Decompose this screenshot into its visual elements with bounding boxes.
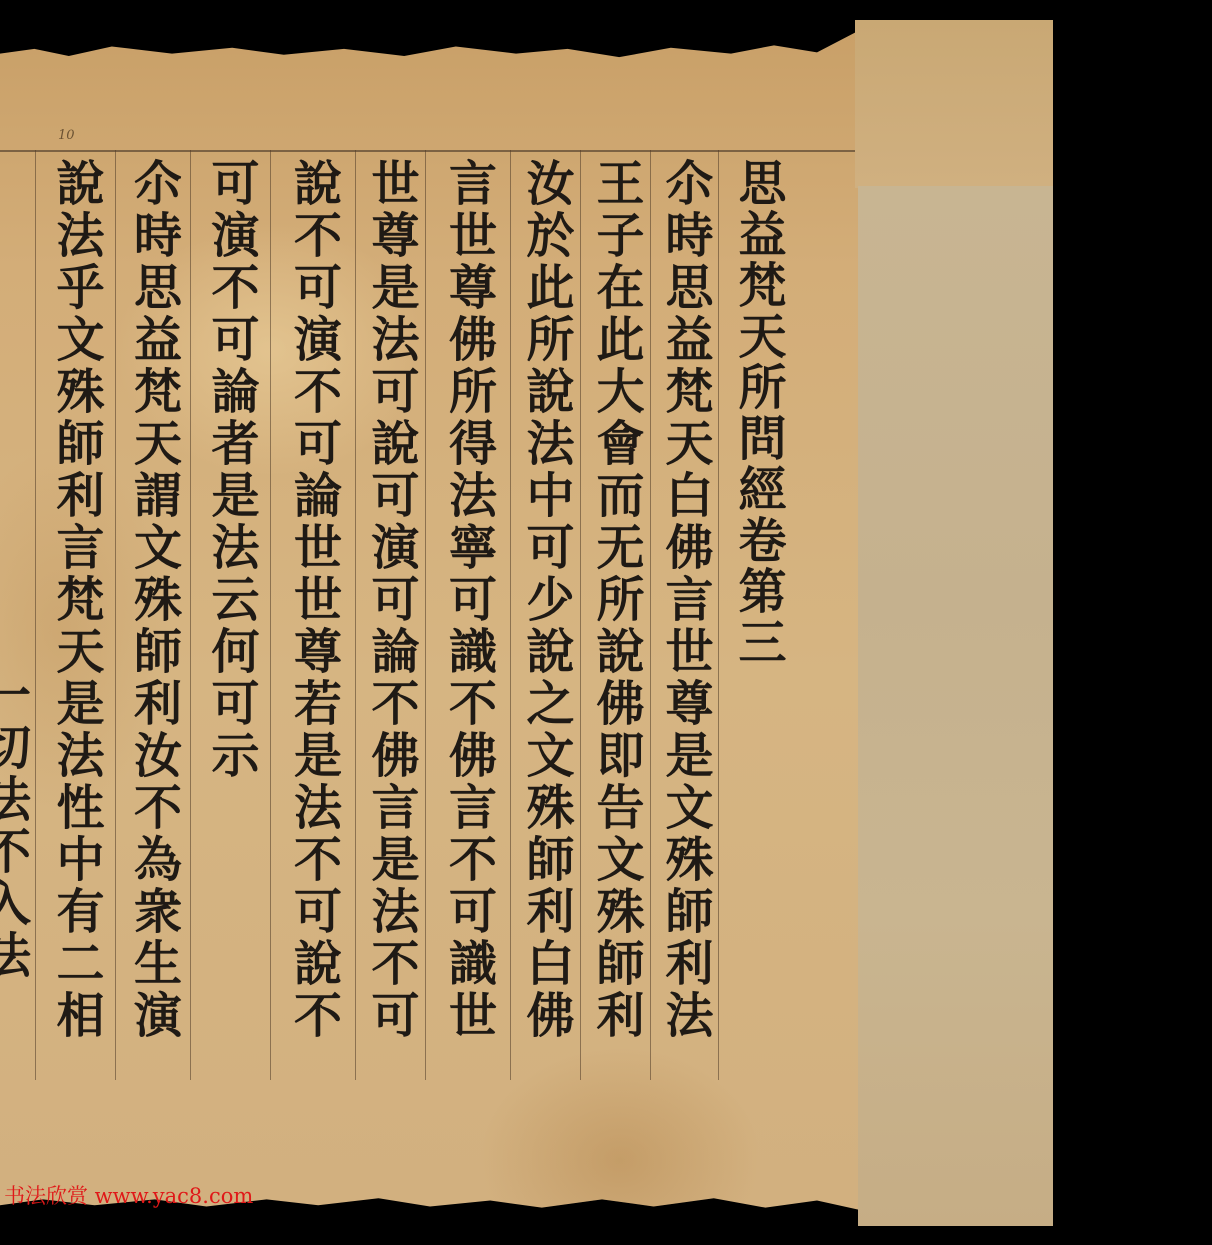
column-text: 言世尊佛所得法寧可識不佛言不可識世 <box>445 158 493 1042</box>
column: 言世尊佛所得法寧可識不佛言不可識世 <box>425 150 511 1080</box>
column: 尒時思益梵天白佛言世尊是文殊師利法 <box>650 150 719 1080</box>
mounting-paper-bottom <box>858 186 1053 1226</box>
mounting-paper-top <box>855 20 1053 188</box>
column-text: 王子在此大會而无所說佛即告文殊師利 <box>592 158 640 1042</box>
column-text: 說法乎文殊師利言梵天是法性中有二相 <box>52 158 100 1042</box>
column-text: 尒時思益梵天白佛言世尊是文殊師利法 <box>661 158 709 1042</box>
column: 尒時思益梵天謂文殊師利汝不為衆生演 <box>115 150 191 1080</box>
column-text: 世尊是法可說可演可論不佛言是法不可 <box>367 158 415 1042</box>
column: 汝於此所說法中可少說之文殊師利白佛 <box>510 150 581 1080</box>
text-columns: 思益梵天所問經卷第三 尒時思益梵天白佛言世尊是文殊師利法 王子在此大會而无所說佛… <box>0 150 800 1080</box>
column-title: 思益梵天所問經卷第三 <box>718 150 797 1080</box>
column-text: 可演不可論者是法云何可示 <box>207 158 255 782</box>
column: 說法乎文殊師利言梵天是法性中有二相 <box>35 150 116 1080</box>
site-watermark: 书法欣赏 www.yac8.com <box>4 1180 253 1210</box>
column: 世尊是法可說可演可論不佛言是法不可 <box>355 150 426 1080</box>
column-text: 尒時思益梵天謂文殊師利汝不為衆生演 <box>130 158 178 1042</box>
page-marker: 10 <box>58 128 75 143</box>
sutra-title: 思益梵天所問經卷第三 <box>734 158 782 668</box>
column: 王子在此大會而无所說佛即告文殊師利 <box>580 150 651 1080</box>
column: 可演不可論者是法云何可示 <box>190 150 271 1080</box>
column-text: 汝於此所說法中可少說之文殊師利白佛 <box>522 158 570 1042</box>
column: 說不可演不可論世世尊若是法不可說不 <box>270 150 356 1080</box>
column-partial: 一切法不入法 <box>0 150 35 1080</box>
column-text: 說不可演不可論世世尊若是法不可說不 <box>290 158 338 1042</box>
column-text: 一切法不入法 <box>0 670 27 982</box>
